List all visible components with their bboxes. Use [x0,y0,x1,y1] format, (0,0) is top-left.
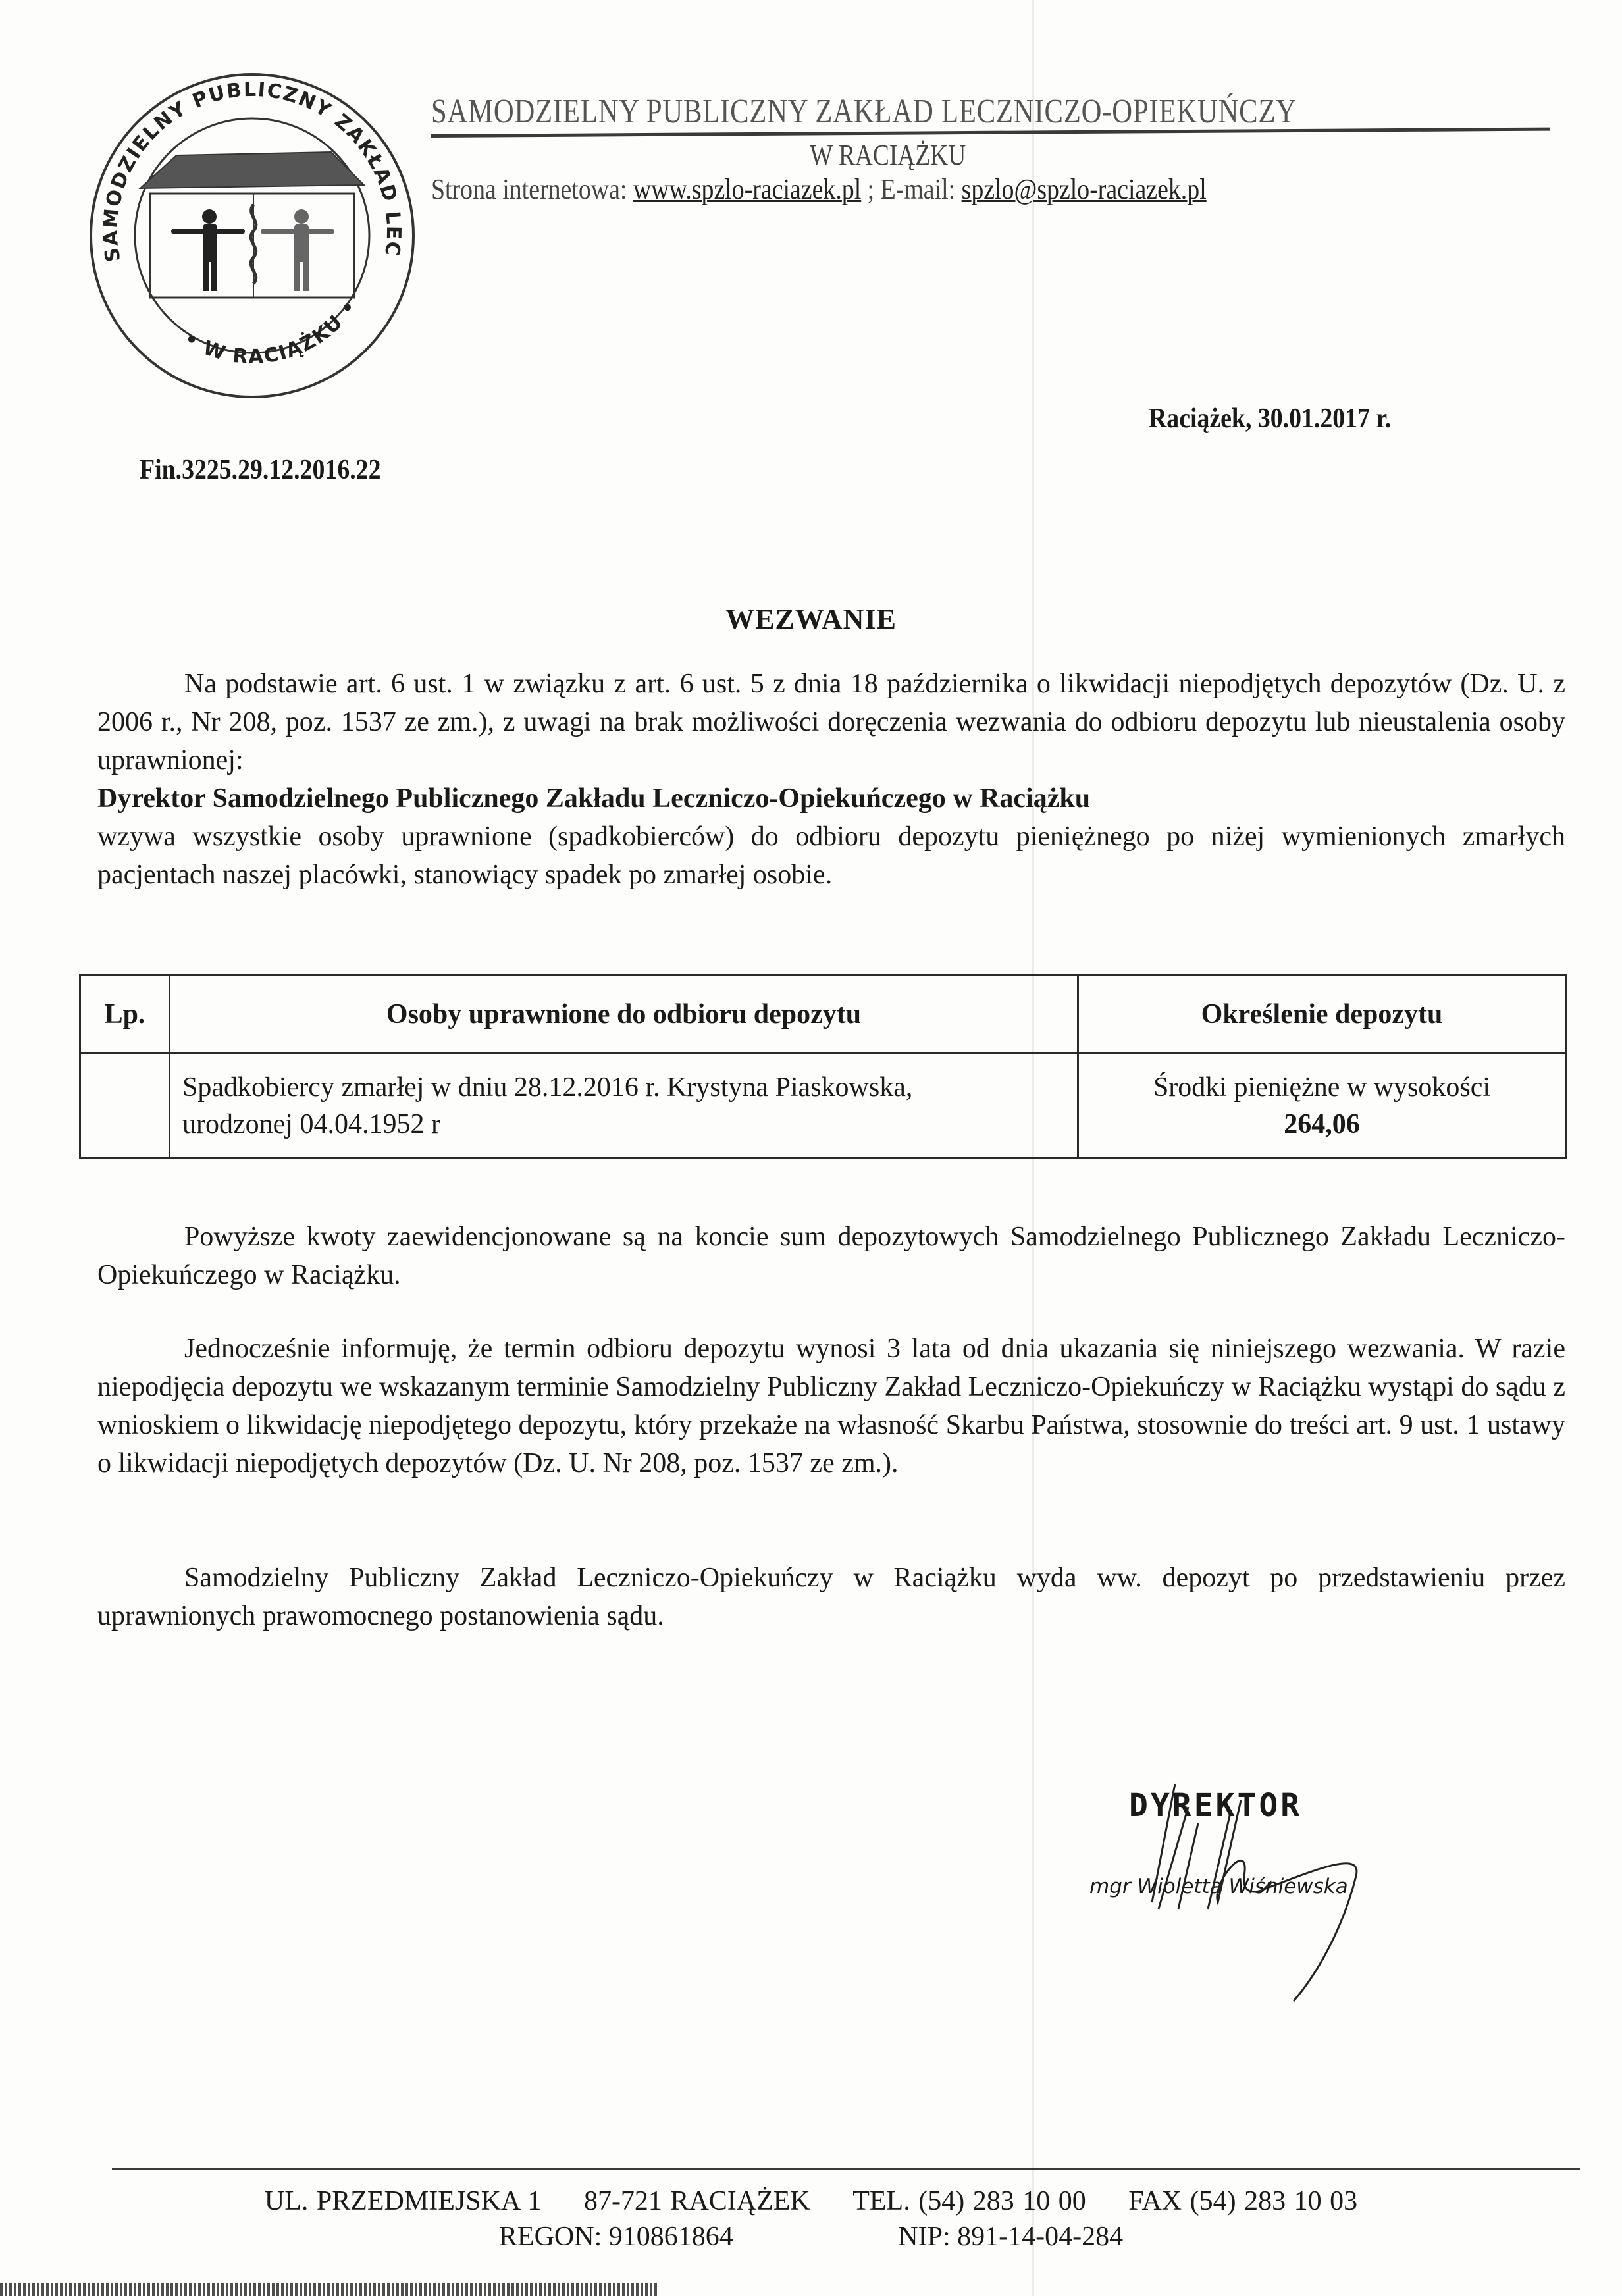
svg-text:• W RACIĄŻKU •: • W RACIĄŻKU • [180,295,362,369]
cell-persons: Spadkobiercy zmarłej w dniu 28.12.2016 r… [170,1053,1078,1159]
summons-text: wzywa wszystkie osoby uprawnione (spadko… [97,822,1565,890]
header-lp: Lp. [80,976,170,1053]
footer-ids: REGON: 910861864 NIP: 891-14-04-284 [0,2221,1622,2253]
scan-edge-artifact [0,2283,658,2296]
persons-line-2: urodzonej 04.04.1952 r [182,1109,440,1139]
summoner-text: Dyrektor Samodzielnego Publicznego Zakła… [97,783,1090,814]
intro-text: Na podstawie art. 6 ust. 1 w związku z a… [97,669,1565,775]
footer-fax: FAX (54) 283 10 03 [1128,2186,1357,2216]
intro-paragraph: Na podstawie art. 6 ust. 1 w związku z a… [97,665,1565,894]
paragraph-accounts-text: Powyższe kwoty zaewidencjonowane są na k… [97,1222,1565,1290]
paragraph-release: Samodzielny Publiczny Zakład Leczniczo-O… [97,1559,1565,1635]
institution-seal-icon: SAMODZIELNY PUBLICZNY ZAKŁAD LECZNICZO ·… [84,63,420,405]
cell-lp [80,1053,170,1159]
contact-separator: ; [861,173,880,205]
contact-line: Strona internetowa: www.spzlo-raciazek.p… [431,172,1207,206]
paragraph-release-text: Samodzielny Publiczny Zakład Leczniczo-O… [97,1563,1565,1631]
table-row: Spadkobiercy zmarłej w dniu 28.12.2016 r… [80,1053,1566,1159]
deposit-amount: 264,06 [1284,1109,1360,1139]
header-deposit: Określenie depozytu [1078,976,1566,1053]
footer-regon: REGON: 910861864 [499,2222,733,2252]
place-and-date: Raciążek, 30.01.2017 r. [1149,403,1391,434]
handwritten-signature-icon [1053,1777,1448,2014]
website-link[interactable]: www.spzlo-raciazek.pl [633,173,861,205]
email-link[interactable]: spzlo@spzlo-raciazek.pl [962,173,1207,205]
footer-rule [112,2168,1580,2170]
cell-deposit: Środki pieniężne w wysokości 264,06 [1078,1053,1566,1159]
organization-name: SAMODZIELNY PUBLICZNY ZAKŁAD LECZNICZO-O… [431,92,1349,131]
paragraph-deadline: Jednocześnie informuję, że termin odbior… [97,1330,1565,1482]
persons-line-1: Spadkobiercy zmarłej w dniu 28.12.2016 r… [182,1072,912,1103]
table-header-row: Lp. Osoby uprawnione do odbioru depozytu… [80,976,1566,1053]
deposit-table: Lp. Osoby uprawnione do odbioru depozytu… [79,974,1567,1159]
deposit-label: Środki pieniężne w wysokości [1153,1072,1490,1103]
paragraph-deadline-text: Jednocześnie informuję, że termin odbior… [97,1334,1565,1478]
organization-city: W RACIĄŻKU [810,138,966,172]
email-label: E-mail: [881,173,955,205]
footer-postal: 87-721 RACIĄŻEK [584,2186,810,2216]
document-title: WEZWANIE [0,602,1622,636]
paragraph-accounts: Powyższe kwoty zaewidencjonowane są na k… [97,1218,1565,1294]
header-persons: Osoby uprawnione do odbioru depozytu [170,976,1078,1053]
footer-nip: NIP: 891-14-04-284 [898,2222,1123,2252]
footer-contact: UL. PRZEDMIEJSKA 1 87-721 RACIĄŻEK TEL. … [0,2185,1622,2217]
footer-tel: TEL. (54) 283 10 00 [852,2186,1086,2216]
reference-number: Fin.3225.29.12.2016.22 [140,454,380,486]
footer-address: UL. PRZEDMIEJSKA 1 [265,2186,542,2216]
website-label: Strona internetowa: [431,173,627,205]
